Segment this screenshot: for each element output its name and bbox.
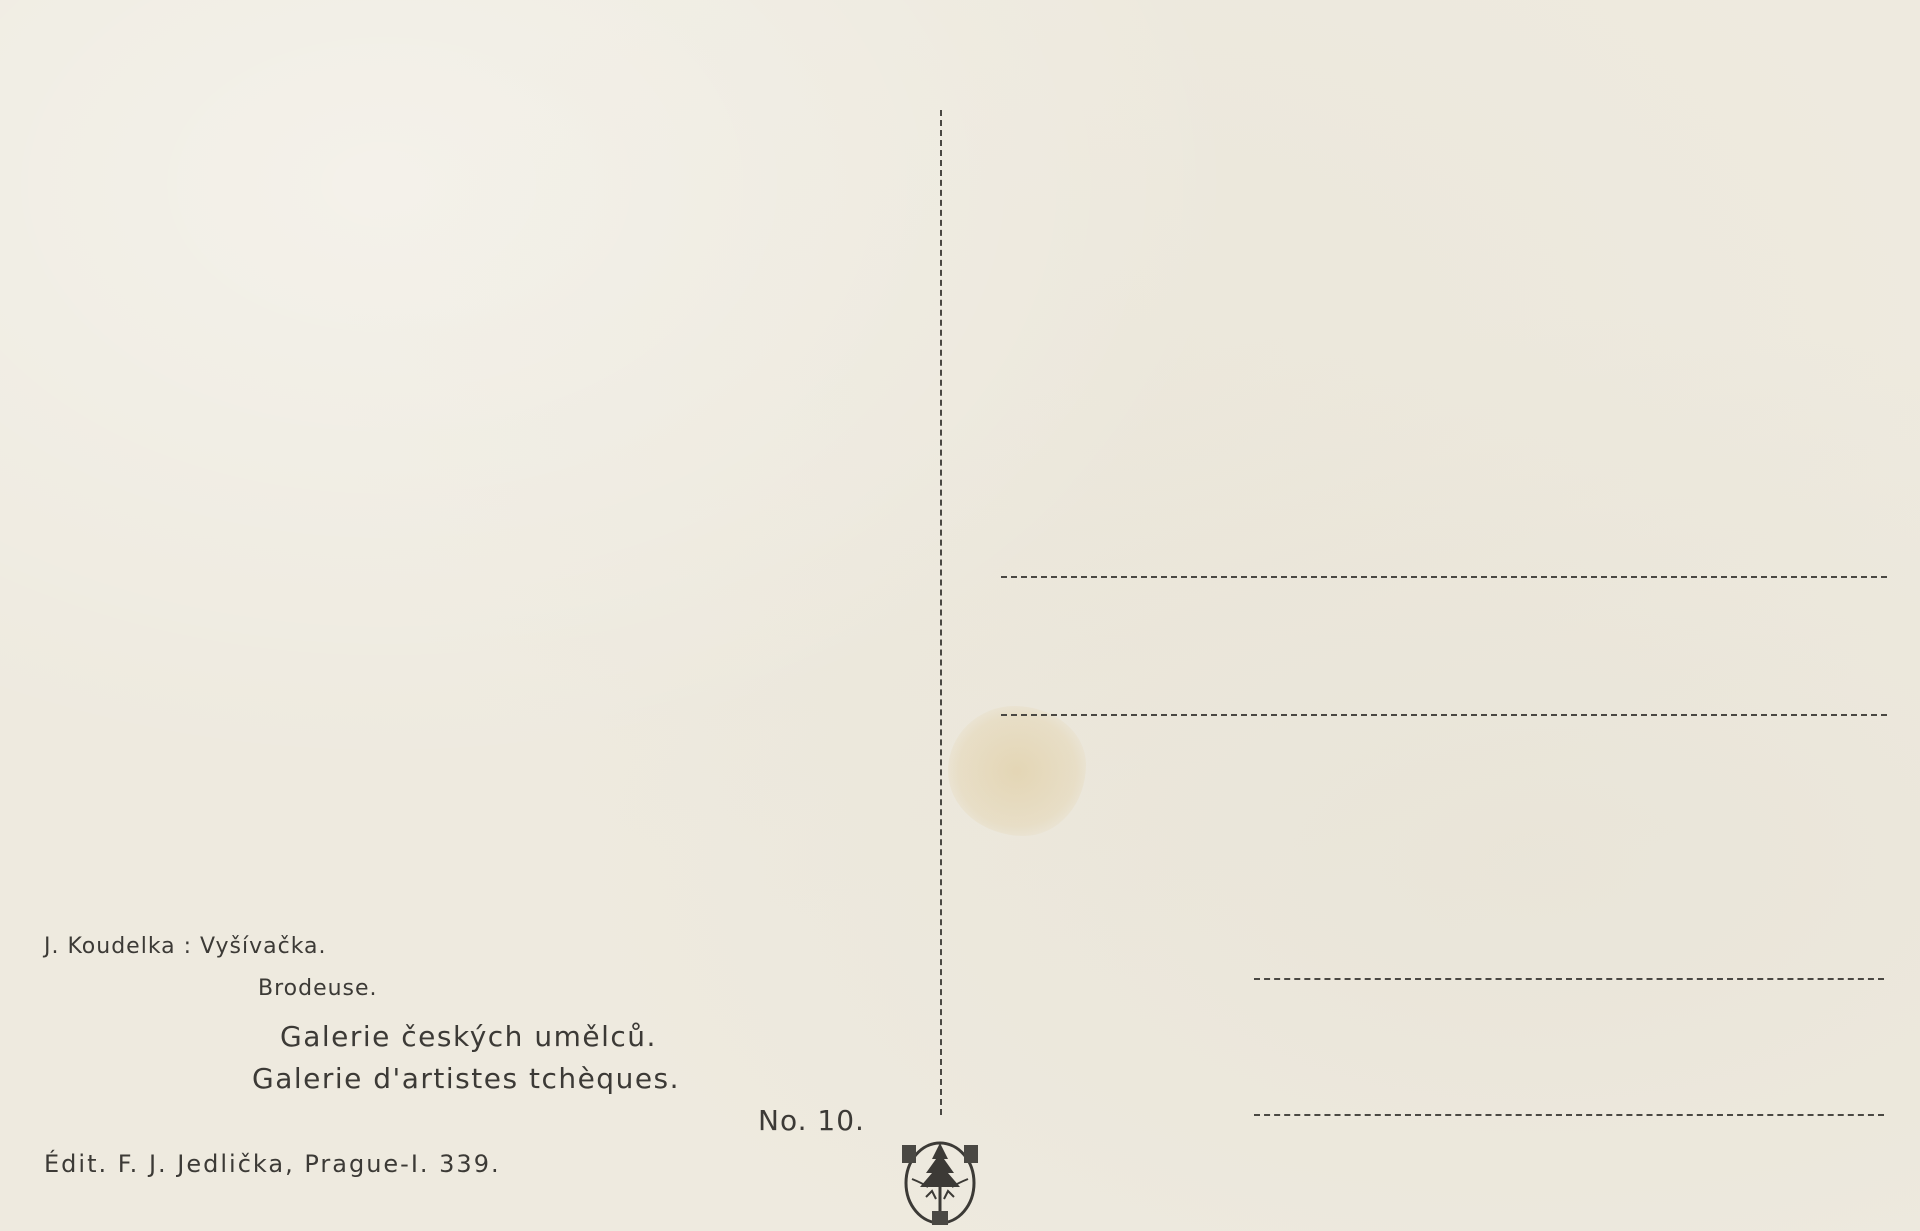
gallery-french: Galerie d'artistes tchèques. (252, 1062, 680, 1095)
gallery-czech: Galerie českých umělců. (280, 1020, 657, 1053)
tree-emblem-icon (898, 1133, 982, 1229)
title-french: Brodeuse. (258, 976, 378, 1001)
address-line-2 (1001, 714, 1887, 716)
address-line-3 (1254, 978, 1884, 980)
publisher-line: Édit. F. J. Jedlička, Prague-I. 339. (44, 1150, 501, 1178)
divider-line (940, 110, 942, 1115)
address-line-4 (1254, 1114, 1884, 1116)
address-line-1 (1001, 576, 1887, 578)
card-number: No. 10. (758, 1104, 865, 1137)
artist-title: J. Koudelka : Vyšívačka. (44, 934, 327, 959)
